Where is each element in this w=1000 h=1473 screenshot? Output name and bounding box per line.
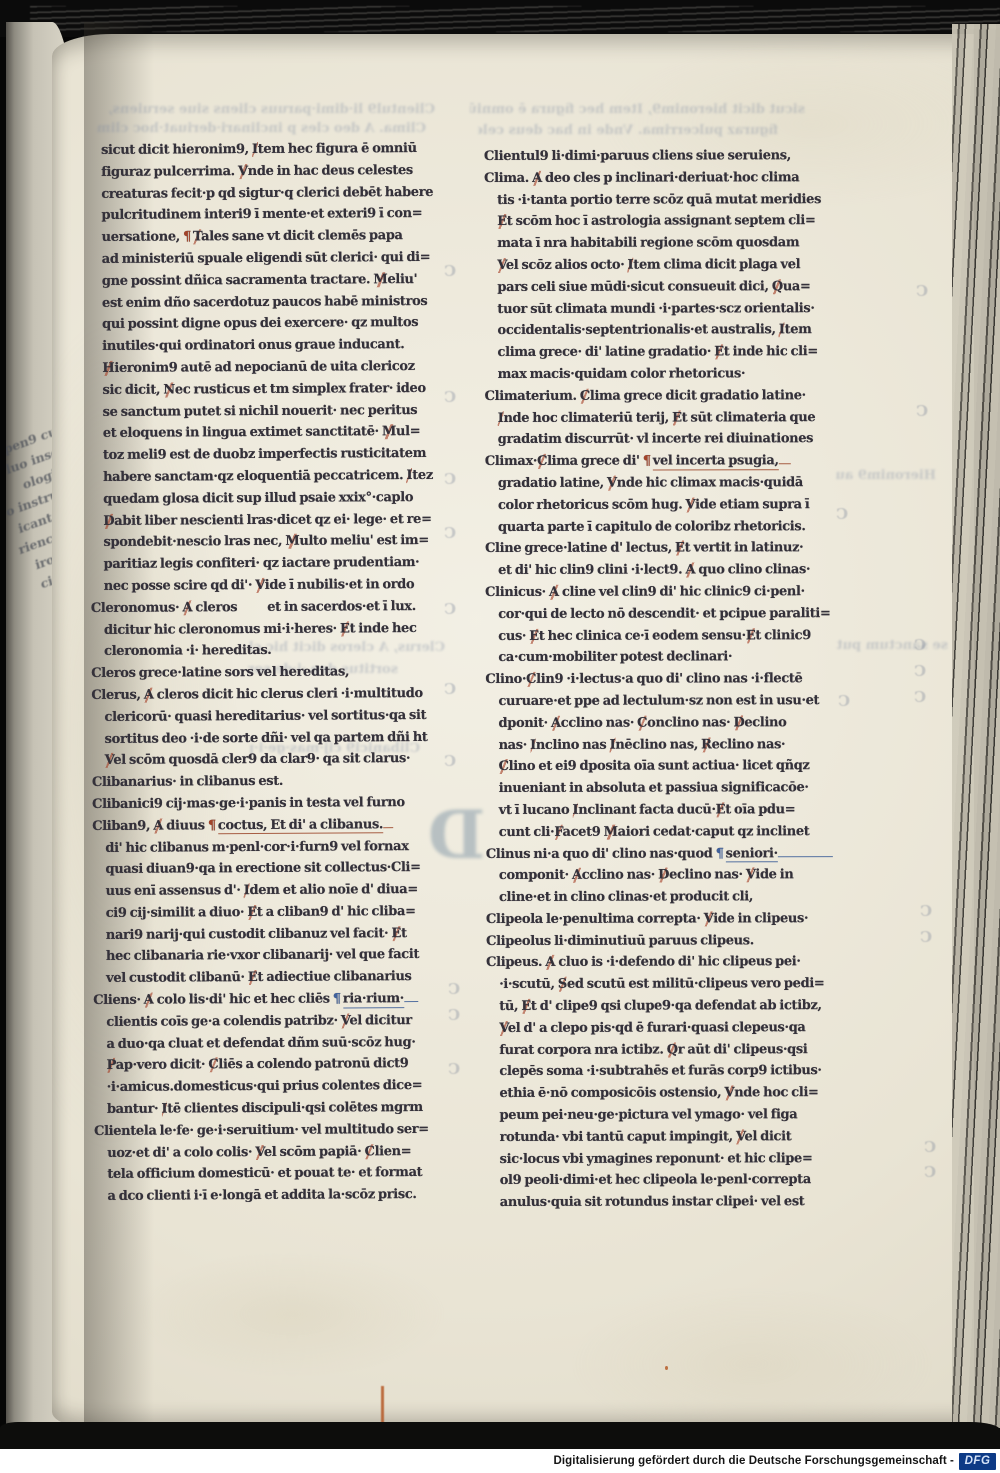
- text-line: uus enī assensus d'· Idem et alio noīe d…: [93, 879, 465, 903]
- dfg-logo: DFG: [959, 1453, 996, 1470]
- text-line: Inde hoc climateriū terij, Et sūt climat…: [485, 407, 857, 430]
- text-line: paritiaz legis confiteri· qz iactare pru…: [91, 552, 463, 576]
- text-line: Hieronim9 autē ad nepocianū de uita cler…: [89, 356, 461, 380]
- text-column-right: Clientul9 li·dimi·paruus cliens siue ser…: [484, 145, 859, 1214]
- text-line: uoz·et di' a colo colis· Vel scōm papiā·…: [94, 1140, 466, 1164]
- text-line: nari9 narij·qui custodit clibanuz vel fa…: [93, 922, 465, 946]
- book-bottom-edge: [0, 1422, 1000, 1449]
- digitized-manuscript-scan: pen9 cuideluo insermiologiū Vno instrume…: [0, 0, 1000, 1473]
- entry-line: Clino·Clin9 ·i·lectus·a quo di' clino na…: [485, 668, 857, 691]
- text-line: inueniant in absoluta et passiua signifi…: [486, 777, 858, 800]
- fore-edge-page-lines: [952, 24, 1000, 1428]
- text-line: clericorū· quasi hereditarius· vel sorti…: [91, 704, 463, 728]
- entry-line: Cleronomus· A cleroset in sacerdos·et ī …: [91, 595, 463, 619]
- entry-line: Clientela le·fe· ge·i·seruitium· vel mul…: [94, 1119, 466, 1143]
- text-line: se sanctum putet si nichil nouerit· nec …: [90, 399, 462, 423]
- text-line: hec clibanaria rie·vxor clibanarij· vel …: [93, 944, 465, 968]
- text-line: vt ī lucano Inclinant facta ducū·Et oīa …: [486, 799, 858, 822]
- text-line: spondebit·nescio lras nec, Multo meliu' …: [90, 530, 462, 554]
- text-line: et eloquens in lingua extimet sanctitatē…: [90, 421, 462, 445]
- text-line: peum pei·neu·ge·pictura vel ymago· vel f…: [487, 1104, 859, 1127]
- entry-line: Clima. A deo cles p inclinari·deriuat·ho…: [484, 167, 856, 190]
- text-line: Clino et ei9 dposita oīa sunt actiua· li…: [486, 755, 858, 778]
- entry-line: Cline grece·latine d' lectus, Et vertit …: [485, 537, 857, 560]
- text-line: nas· Inclino nas Inēclino nas, Reclino n…: [486, 734, 858, 757]
- ink-speck: [665, 1366, 668, 1370]
- text-line: Vel d' a clepo pis·qd ē furari·quasi cle…: [486, 1017, 858, 1040]
- text-line: mata ī nra habitabili regione scōm quosd…: [484, 232, 856, 255]
- text-line: clientis coīs ge·a colendis patribz· Vel…: [93, 1010, 465, 1034]
- text-line: et di' hic clin9 clini ·i·lect9. A quo c…: [485, 559, 857, 582]
- text-line: pulcritudinem interi9 ī mente·et exteri9…: [88, 203, 460, 227]
- entry-line: Clinicus· A cline vel clin9 di' hic clin…: [485, 581, 857, 604]
- entry-line: Climaterium. Clima grece dicit gradatio …: [485, 385, 857, 408]
- text-line: bantur· Itē clientes discipuli·qsi colēt…: [94, 1097, 466, 1121]
- text-line: sic·locus vbi ymagines reponunt· et hic …: [487, 1148, 859, 1171]
- text-line: nec posse scire qd di'· Vide ī nubilis·e…: [91, 574, 463, 598]
- text-line: quedam glosa dicit sup illud psaie xxix°…: [90, 486, 462, 510]
- text-line: curuare·et ppe ad lectulum·sz non est in…: [485, 690, 857, 713]
- text-line: occidentalis·septentrionalis·et australi…: [484, 319, 856, 342]
- text-line: sicut dicit hieronim9, Item hec figura ē…: [88, 138, 460, 162]
- text-line: gne possint dñica sacramenta tractare. M…: [89, 269, 461, 293]
- text-line: ad ministeriū spuale eligendi sūt cleric…: [89, 247, 461, 271]
- text-line: ethia ē·nō composicōis ostensio, Vnde ho…: [486, 1082, 858, 1105]
- text-line: ·i·amicus.domesticus·qui prius colentes …: [94, 1075, 466, 1099]
- dfg-credit-text: Digitalisierung gefördert durch die Deut…: [553, 1455, 954, 1467]
- text-line: cunt cli·Facet9 Maiori cedat·caput qz in…: [486, 821, 858, 844]
- text-line: Et scōm hoc ī astrologia assignant septe…: [484, 210, 856, 233]
- text-line: sic dicit, Nec rusticus et tm simplex fr…: [89, 377, 461, 401]
- text-line: gradatim discurrūt· vl incerte rei diuin…: [485, 428, 857, 451]
- text-line: sortitus deo ·i·de sorte dñi· vel qa par…: [92, 726, 464, 750]
- text-line: creaturas fecit·p qd sigtur·q clerici de…: [88, 181, 460, 205]
- text-line: tis ·i·tanta portio terre scōz quā mutat…: [484, 189, 856, 212]
- text-line: ca·cum·mobiliter potest declinari·: [485, 646, 857, 669]
- text-line: Dabit liber nescienti lras·dicet qz ei· …: [90, 508, 462, 532]
- text-line: cus· Et hec clinica ce·ī eodem sensu·Et …: [485, 625, 857, 648]
- text-line: furat corpora nra ictibz. Qr aūt di' cli…: [486, 1039, 858, 1062]
- entry-line: Clinus ni·a quo di' clino nas·quod ¶seni…: [486, 843, 858, 866]
- text-line: ol9 peoli·dimi·et hec clipeola le·penl·c…: [487, 1169, 859, 1192]
- text-line: clepēs soma ·i·subtrahēs et furās corp9 …: [486, 1060, 858, 1083]
- text-line: Vel scōm quosdā cler9 da clar9· qa sit c…: [92, 748, 464, 772]
- text-line: componit· Acclino nas· Declino nas· Vide…: [486, 864, 858, 887]
- text-line: tuor sūt climata mundi ·i·partes·scz ori…: [484, 298, 856, 321]
- entry-line: Clerus, A cleros dicit hic clerus cleri …: [91, 683, 463, 707]
- footer-bar: Digitalisierung gefördert durch die Deut…: [0, 1449, 1000, 1473]
- text-line: quasi diuan9·qa in erectione sit collect…: [92, 857, 464, 881]
- entry-line: Clipeus. A cluo is ·i·defendo di' hic cl…: [486, 952, 858, 975]
- text-line: Pap·vero dicit· Cliēs a colendo patronū …: [94, 1053, 466, 1077]
- text-line: cline·et in clino clinas·et producit cli…: [486, 886, 858, 909]
- text-line: Vel scōz alios octo· Item clima dicit pl…: [484, 254, 856, 277]
- entry-line: Climax·Clima grece di' ¶vel incerta psug…: [485, 450, 857, 473]
- book-top-edge: [0, 0, 1000, 37]
- entry-line: Clibanarius· in clibanus est.: [92, 770, 464, 794]
- text-line: color rhetoricus scōm hug. Vide etiam su…: [485, 494, 857, 517]
- text-line: vel custodit clibanū· Et adiectiue cliba…: [93, 966, 465, 990]
- text-line: a duo·qa cluat et defendat dñm suū·scōz …: [93, 1031, 465, 1055]
- text-line: a dco clienti i·ī e·longā et addita la·s…: [94, 1184, 466, 1208]
- entry-line: Cliban9, A diuus ¶coctus, Et di' a cliba…: [92, 813, 464, 837]
- text-line: gradatio latine, Vnde hic climax macis·q…: [485, 472, 857, 495]
- text-line: cor·qui de lecto nō descendit· et pcipue…: [485, 603, 857, 626]
- entry-line: Cliens· A colo lis·di' hic et hec cliēs …: [93, 988, 465, 1012]
- text-line: toz meli9 est de duobz imperfectis rusti…: [90, 443, 462, 467]
- text-line: clima grece· di' latine gradatio· Et ind…: [485, 341, 857, 364]
- page-edge-streaks: [30, 6, 1000, 32]
- text-line: tū, Et d' clipe9 qsi clupe9·qa defendat …: [486, 995, 858, 1018]
- text-line: anulus·quia sit rotundus instar clipei· …: [487, 1191, 859, 1214]
- text-line: tela officium domesticū· et pouat te· et…: [94, 1162, 466, 1186]
- text-line: ci9 cij·similit a diuo· Et a cliban9 d' …: [93, 901, 465, 925]
- entry-line: Clientul9 li·dimi·paruus cliens siue ser…: [484, 145, 856, 168]
- text-line: figuraz pulcerrima. Vnde in hac deus cel…: [88, 160, 460, 184]
- text-line: est enim dño sacerdotuz paucos habē mini…: [89, 290, 461, 314]
- entry-line: Clibanici9 cij·mas·ge·i·panis in testa v…: [92, 792, 464, 816]
- text-line: uersatione, ¶Tales sane vt dicit clemēs …: [89, 225, 461, 249]
- text-line: quarta parte ī capitulo de coloribz rhet…: [485, 516, 857, 539]
- text-line: pars celi siue mūdi·sicut consueuit dici…: [484, 276, 856, 299]
- text-line: ·i·scutū, Sed scutū est militū·clipeus v…: [486, 973, 858, 996]
- text-column-left: sicut dicit hieronim9, Item hec figura ē…: [88, 138, 467, 1208]
- text-line: rotunda· vbi tantū caput impingit, Vel d…: [487, 1126, 859, 1149]
- entry-line: Clipeolus li·diminutiuū paruus clipeus.: [486, 930, 858, 953]
- text-line: dicitur hic cleronomus mi·i·heres· Et in…: [91, 617, 463, 641]
- text-line: inutiles·qui ordinatori onus graue induc…: [89, 334, 461, 358]
- text-line: dponit· Acclino nas· Conclino nas· Decli…: [485, 712, 857, 735]
- entry-line: Clipeola le·penultima correpta· Vide in …: [486, 908, 858, 931]
- text-line: habere sanctam·qz eloquentiā peccatricem…: [90, 465, 462, 489]
- text-line: cleronomia ·i· hereditas.: [91, 639, 463, 663]
- text-line: max macis·quidam color rhetoricus·: [485, 363, 857, 386]
- text-line: di' hic clibanus m·penl·cor·i·furn9 vel …: [92, 835, 464, 859]
- text-line: qui possint digne opus dei exercere· qz …: [89, 312, 461, 336]
- entry-line: Cleros grece·latine sors vel hereditas,: [91, 661, 463, 685]
